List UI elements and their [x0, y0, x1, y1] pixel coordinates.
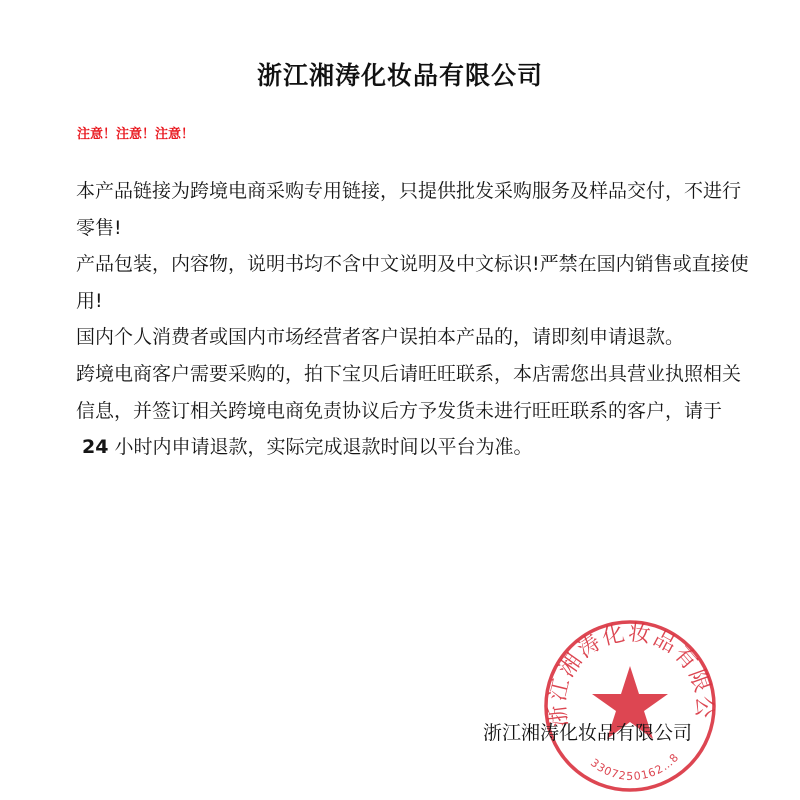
paragraph-wholesale-only: 本产品链接为跨境电商采购专用链接，只提供批发采购服务及样品交付，不进行零售! [76, 173, 756, 246]
paragraph-text-after: 小时内申请退款，实际完成退款时间以平台为准。 [114, 436, 532, 458]
document-body: 本产品链接为跨境电商采购专用链接，只提供批发采购服务及样品交付，不进行零售! 产… [76, 173, 756, 466]
signature-company-name: 浙江湘涛化妆品有限公司 [483, 718, 692, 745]
paragraph-cross-border-contact: 跨境电商客户需要采购的，拍下宝贝后请旺旺联系，本店需您出具营业执照相关信息，并签… [76, 356, 756, 466]
paragraph-domestic-refund: 国内个人消费者或国内市场经营者客户误拍本产品的，请即刻申请退款。 [76, 319, 756, 356]
document-title: 浙江湘涛化妆品有限公司 [0, 56, 800, 92]
company-seal-icon: 浙江湘涛化妆品有限公司 3307250162…8 [540, 614, 720, 794]
paragraph-text-before: 跨境电商客户需要采购的，拍下宝贝后请旺旺联系，本店需您出具营业执照相关信息，并签… [76, 363, 741, 422]
seal-number: 3307250162…8 [588, 751, 682, 783]
svg-text:3307250162…8: 3307250162…8 [588, 751, 682, 783]
paragraph-no-chinese-labels: 产品包装，内容物，说明书均不含中文说明及中文标识!严禁在国内销售或直接使用! [76, 246, 756, 319]
refund-hours: 24 [76, 436, 114, 458]
warning-text: 注意！注意！注意！ [77, 123, 194, 142]
